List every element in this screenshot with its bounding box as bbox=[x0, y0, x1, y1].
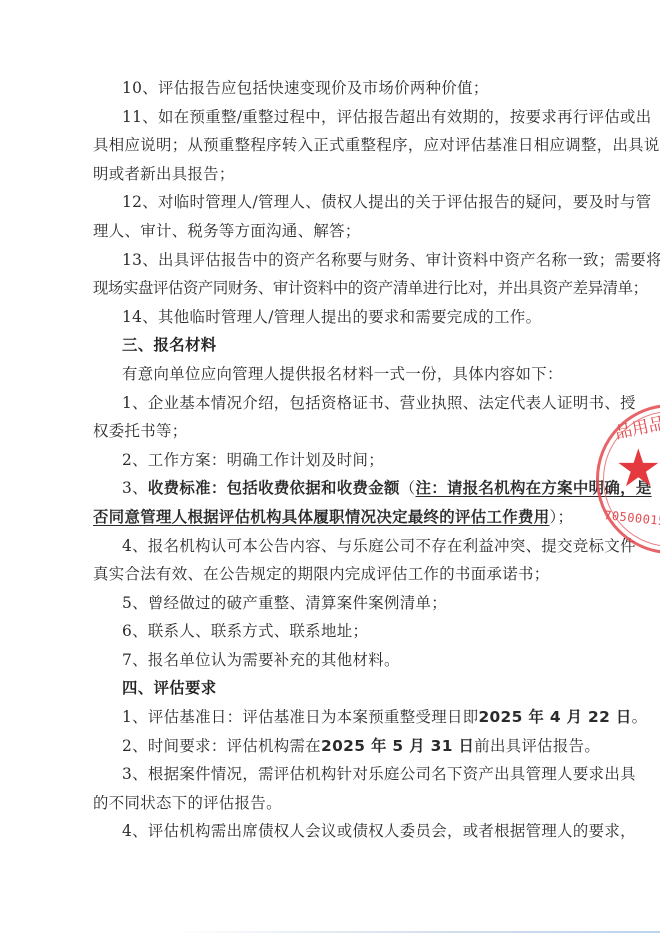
fee-standard-label: 收费标准：包括收费依据和收费金额 bbox=[148, 479, 400, 497]
material-7: 7、报名单位认为需要补充的其他材料。 bbox=[93, 646, 569, 675]
eval-req-4-line1: 4、评估机构需出席债权人会议或债权人委员会，或者根据管理人的要求， bbox=[93, 817, 569, 846]
seal-star-icon: ★ bbox=[615, 443, 660, 495]
fee-note-line2: 否同意管理人根据评估机构具体履职情况决定最终的评估工作费用 bbox=[93, 508, 549, 526]
requirement-14: 14、其他临时管理人/管理人提出的要求和需要完成的工作。 bbox=[93, 303, 569, 332]
paren-open: （ bbox=[400, 479, 416, 497]
material-1-line1: 1、企业基本情况介绍，包括资格证书、营业执照、法定代表人证明书、授 bbox=[93, 389, 569, 418]
requirement-12-line1: 12、对临时管理人/管理人、债权人提出的关于评估报告的疑问，要及时与管 bbox=[93, 188, 569, 217]
material-3-line1: 3、收费标准：包括收费依据和收费金额（注：请报名机构在方案中明确，是 bbox=[93, 474, 569, 503]
scan-artifact-line bbox=[170, 931, 660, 933]
material-6: 6、联系人、联系方式、联系地址； bbox=[93, 617, 569, 646]
requirement-11-line1: 11、如在预重整/重整过程中，评估报告超出有效期的，按要求再行评估或出 bbox=[93, 103, 569, 132]
material-1-line2: 权委托书等； bbox=[93, 417, 569, 446]
requirement-11-line2: 具相应说明；从预重整程序转入正式重整程序，应对评估基准日相应调整，出具说 bbox=[93, 131, 569, 160]
requirement-13-line2: 现场实盘评估资产同财务、审计资料中的资产清单进行比对，并出具资产差异清单； bbox=[93, 274, 569, 303]
deadline-date: 2025 年 5 月 31 日 bbox=[321, 737, 474, 755]
requirement-10: 10、评估报告应包括快速变现价及市场价两种价值； bbox=[93, 74, 569, 103]
eval-req-3-line2: 的不同状态下的评估报告。 bbox=[93, 789, 569, 818]
section-3-heading: 三、报名材料 bbox=[93, 331, 569, 360]
paren-close: ）； bbox=[549, 508, 573, 526]
eval-req-1: 1、评估基准日：评估基准日为本案预重整受理日即2025 年 4 月 22 日。 bbox=[93, 703, 569, 732]
eval-req-1-prefix: 1、评估基准日：评估基准日为本案预重整受理日即 bbox=[122, 708, 478, 726]
material-4-line2: 真实合法有效、在公告规定的期限内完成评估工作的书面承诺书； bbox=[93, 560, 569, 589]
eval-req-2: 2、时间要求：评估机构需在2025 年 5 月 31 日前出具评估报告。 bbox=[93, 732, 569, 761]
requirement-12-line2: 理人、审计、税务等方面沟通、解答； bbox=[93, 217, 569, 246]
section-3-intro: 有意向单位应向管理人提供报名材料一式一份，具体内容如下： bbox=[93, 360, 569, 389]
material-4-line1: 4、报名机构认可本公告内容、与乐庭公司不存在利益冲突、提交竞标文件 bbox=[93, 532, 569, 561]
eval-req-2-suffix: 前出具评估报告。 bbox=[474, 737, 600, 755]
eval-req-1-suffix: 。 bbox=[632, 708, 648, 726]
section-4-heading: 四、评估要求 bbox=[93, 674, 569, 703]
base-date: 2025 年 4 月 22 日 bbox=[478, 708, 631, 726]
document-page: 10、评估报告应包括快速变现价及市场价两种价值； 11、如在预重整/重整过程中，… bbox=[93, 74, 569, 846]
material-5: 5、曾经做过的破产重整、清算案件案例清单； bbox=[93, 589, 569, 618]
material-3-line2: 否同意管理人根据评估机构具体履职情况决定最终的评估工作费用）； bbox=[93, 503, 569, 532]
eval-req-2-prefix: 2、时间要求：评估机构需在 bbox=[122, 737, 321, 755]
eval-req-3-line1: 3、根据案件情况，需评估机构针对乐庭公司名下资产出具管理人要求出具 bbox=[93, 760, 569, 789]
material-3-prefix: 3、 bbox=[122, 479, 148, 497]
material-2: 2、工作方案：明确工作计划及时间； bbox=[93, 446, 569, 475]
requirement-13-line1: 13、出具评估报告中的资产名称要与财务、审计资料中资产名称一致；需要将 bbox=[93, 246, 569, 275]
requirement-11-line3: 明或者新出具报告； bbox=[93, 160, 569, 189]
